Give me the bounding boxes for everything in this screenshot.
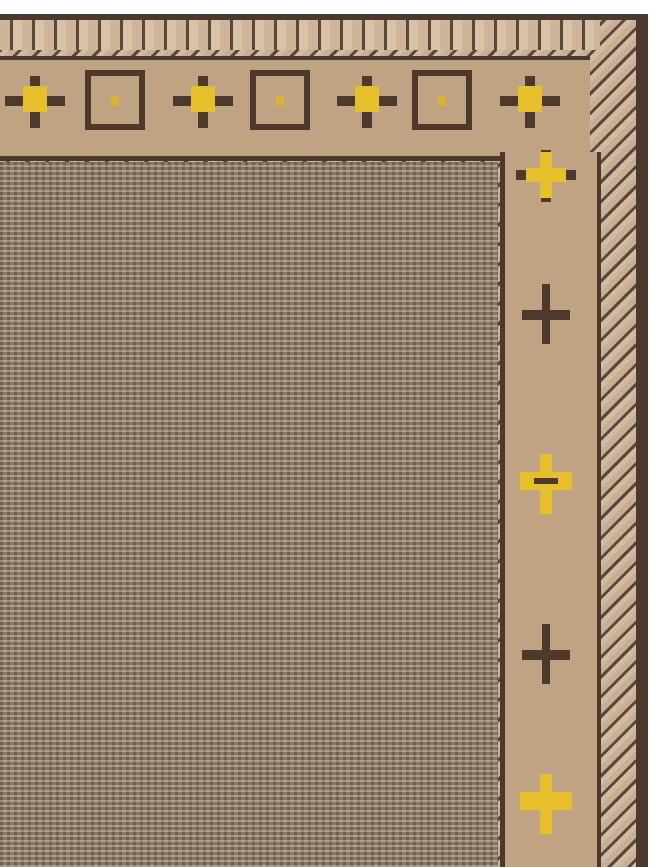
cross-motif [516, 146, 576, 206]
diamond-motif [516, 284, 576, 344]
cross-motif [173, 72, 233, 132]
cross-motif [5, 72, 65, 132]
cross-motif [516, 774, 576, 834]
cross-motif [337, 72, 397, 132]
star-motif [85, 70, 145, 130]
star-motif [412, 70, 472, 130]
top-guard-stripe [0, 20, 600, 50]
diamond-motif [516, 624, 576, 684]
rug [0, 14, 648, 867]
cross-motif [516, 454, 576, 514]
cross-motif [500, 72, 560, 132]
star-motif [250, 70, 310, 130]
rug-field [0, 162, 498, 867]
